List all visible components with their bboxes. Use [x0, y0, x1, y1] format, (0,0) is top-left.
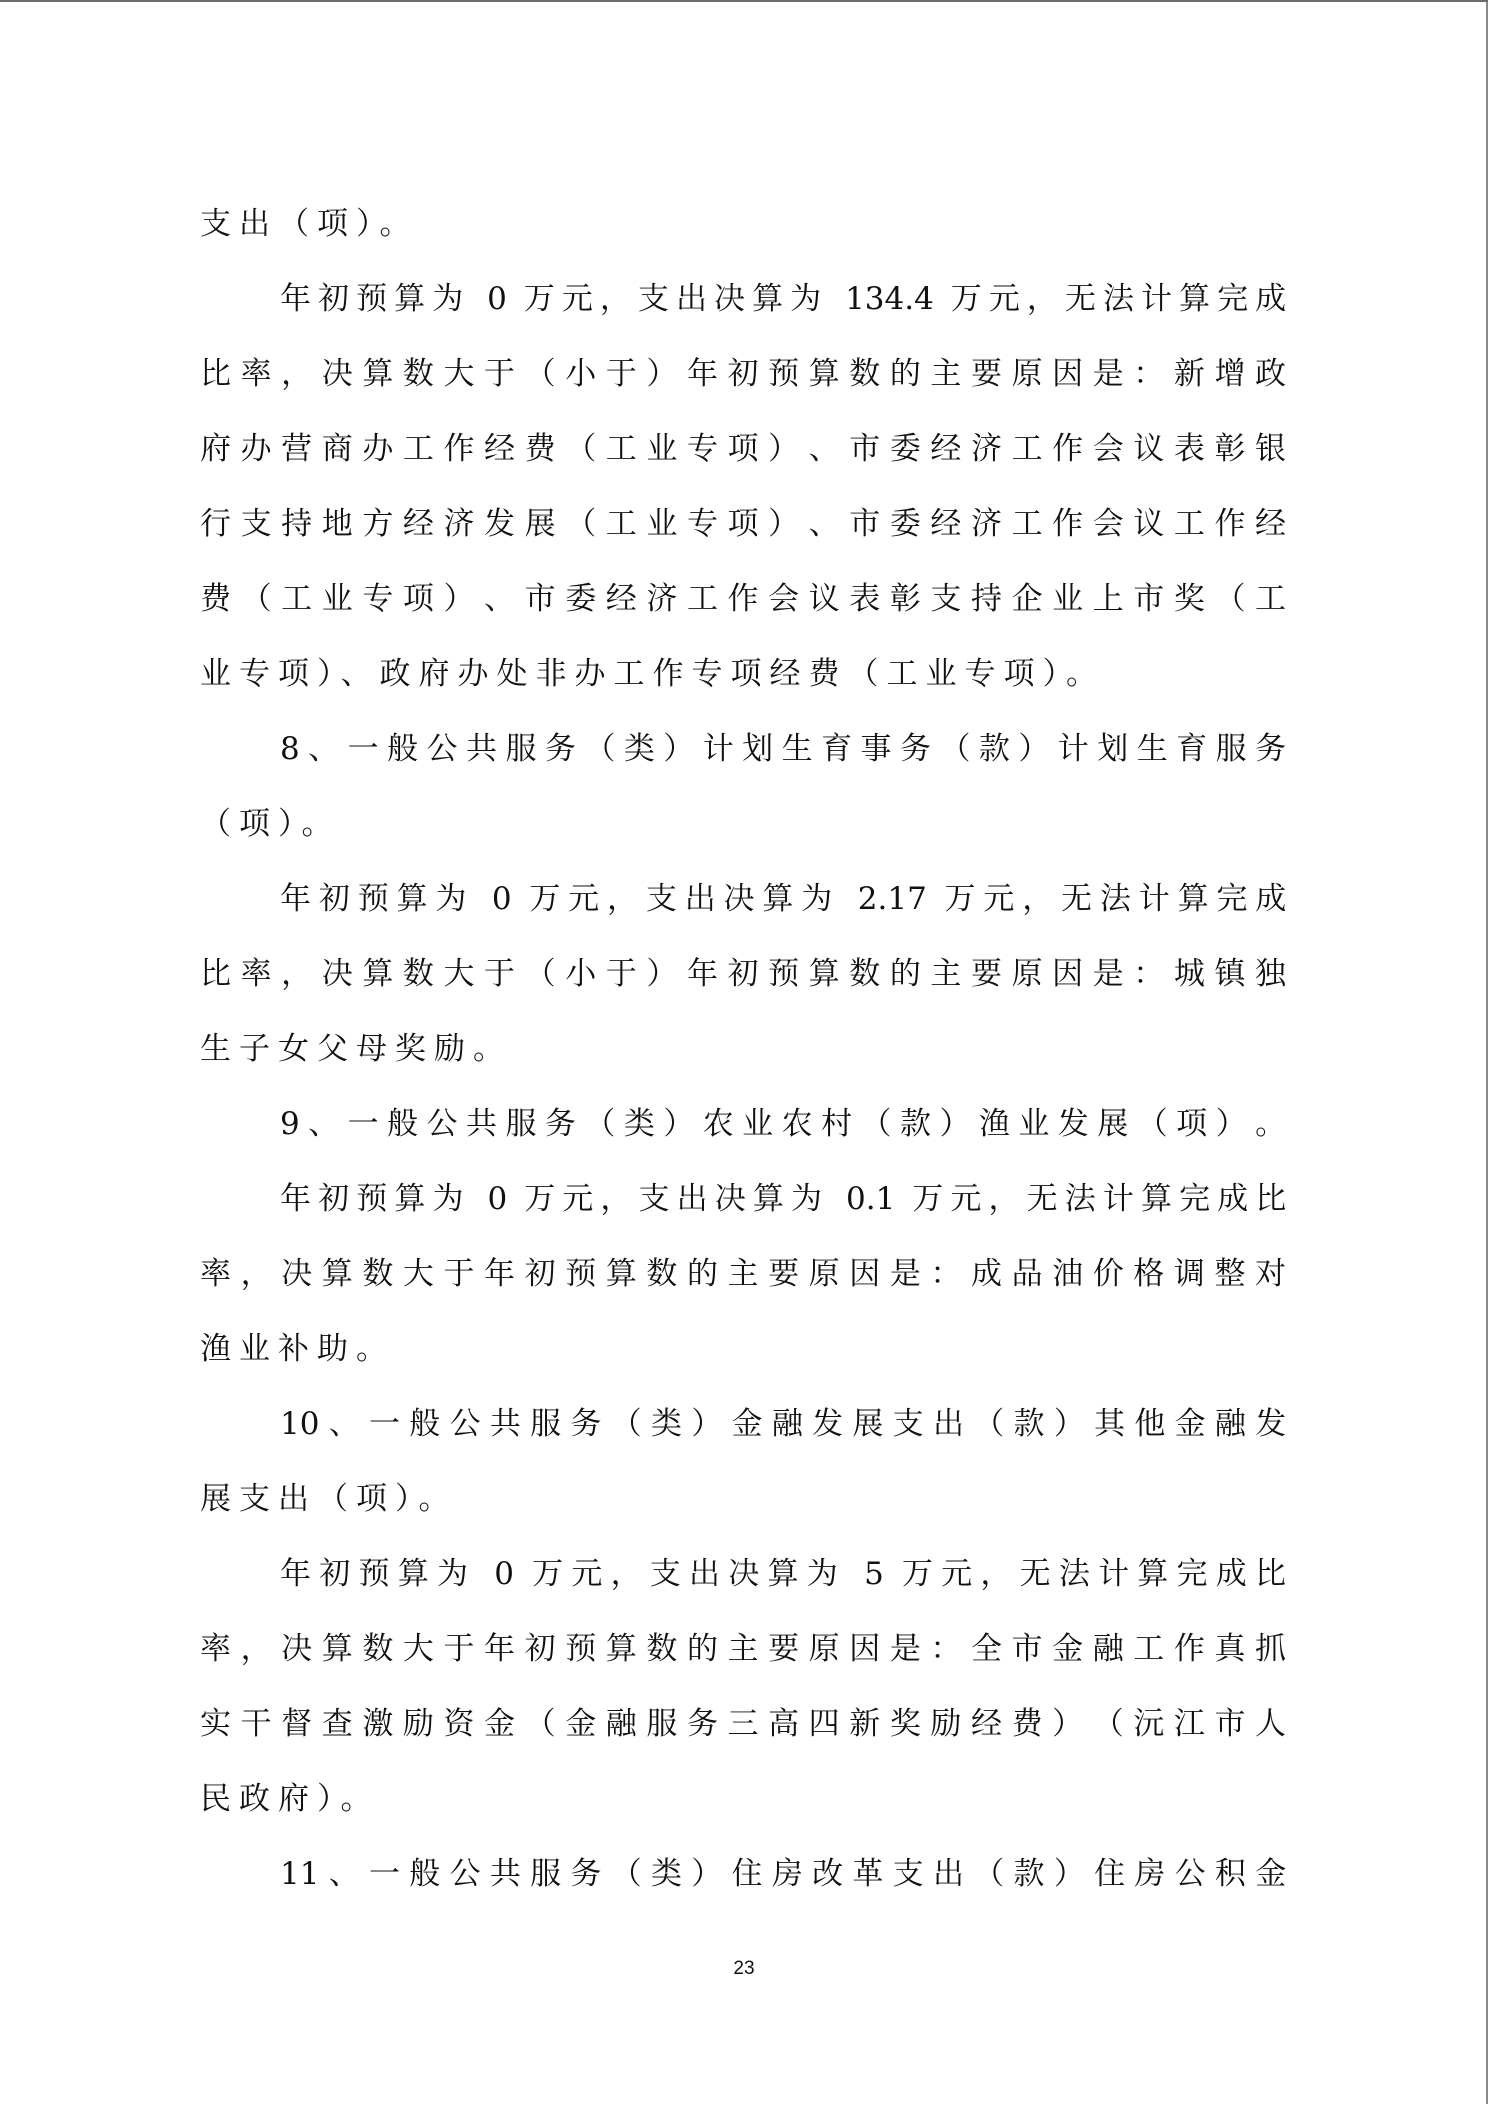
text-line: 比​率​，​决​算​数​大​于​（​小​于​）​年​初​预​算​数​的​主​要​…: [200, 937, 1286, 1012]
text-line: 支出（项）。: [200, 187, 1286, 262]
text-line: 展支出（项）。: [200, 1462, 1286, 1537]
text-line: 府​办​营​商​办​工​作​经​费​（​工​业​专​项​）​、​市​委​经​济​…: [200, 412, 1286, 487]
section-heading-11: 1​1​、​一​般​公​共​服​务​（​类​）​住​房​改​革​支​出​（​款​…: [200, 1837, 1286, 1912]
body-text: 支出（项）。 年​初​预​算​为​ ​0​ ​万​元​，​支​出​决​算​为​ …: [200, 187, 1286, 1912]
text-line: 年​初​预​算​为​ ​0​ ​万​元​，​支​出​决​算​为​ ​2​.​1​…: [200, 862, 1286, 937]
section-heading-8: 8​、​一​般​公​共​服​务​（​类​）​计​划​生​育​事​务​（​款​）​…: [200, 712, 1286, 787]
text-line: 渔业补助。: [200, 1312, 1286, 1387]
text-line: 率​，​决​算​数​大​于​年​初​预​算​数​的​主​要​原​因​是​：​成​…: [200, 1237, 1286, 1312]
text-line: 实​干​督​查​激​励​资​金​（​金​融​服​务​三​高​四​新​奖​励​经​…: [200, 1687, 1286, 1762]
page-number: 23: [0, 1958, 1488, 1980]
text-line: 年​初​预​算​为​ ​0​ ​万​元​，​支​出​决​算​为​ ​5​ ​万​…: [200, 1537, 1286, 1612]
text-line: 比​率​，​决​算​数​大​于​（​小​于​）​年​初​预​算​数​的​主​要​…: [200, 337, 1286, 412]
text-line: 生子女父母奖励。: [200, 1012, 1286, 1087]
section-heading-9: 9​、​一​般​公​共​服​务​（​类​）​农​业​农​村​（​款​）​渔​业​…: [200, 1087, 1286, 1162]
text-line: 业专项）、政府办处非办工作专项经费（工业专项）。: [200, 637, 1286, 712]
text-line: 行​支​持​地​方​经​济​发​展​（​工​业​专​项​）​、​市​委​经​济​…: [200, 487, 1286, 562]
text-line: 民政府）。: [200, 1762, 1286, 1837]
text-line: （项）。: [200, 787, 1286, 862]
document-page: 支出（项）。 年​初​预​算​为​ ​0​ ​万​元​，​支​出​决​算​为​ …: [0, 0, 1488, 2104]
text-line: 率​，​决​算​数​大​于​年​初​预​算​数​的​主​要​原​因​是​：​全​…: [200, 1612, 1286, 1687]
section-heading-10: 1​0​、​一​般​公​共​服​务​（​类​）​金​融​发​展​支​出​（​款​…: [200, 1387, 1286, 1462]
text-line: 费​（​工​业​专​项​）​、​市​委​经​济​工​作​会​议​表​彰​支​持​…: [200, 562, 1286, 637]
text-line: 年​初​预​算​为​ ​0​ ​万​元​，​支​出​决​算​为​ ​1​3​4​…: [200, 262, 1286, 337]
text-line: 年​初​预​算​为​ ​0​ ​万​元​，​支​出​决​算​为​ ​0​.​1​…: [200, 1162, 1286, 1237]
